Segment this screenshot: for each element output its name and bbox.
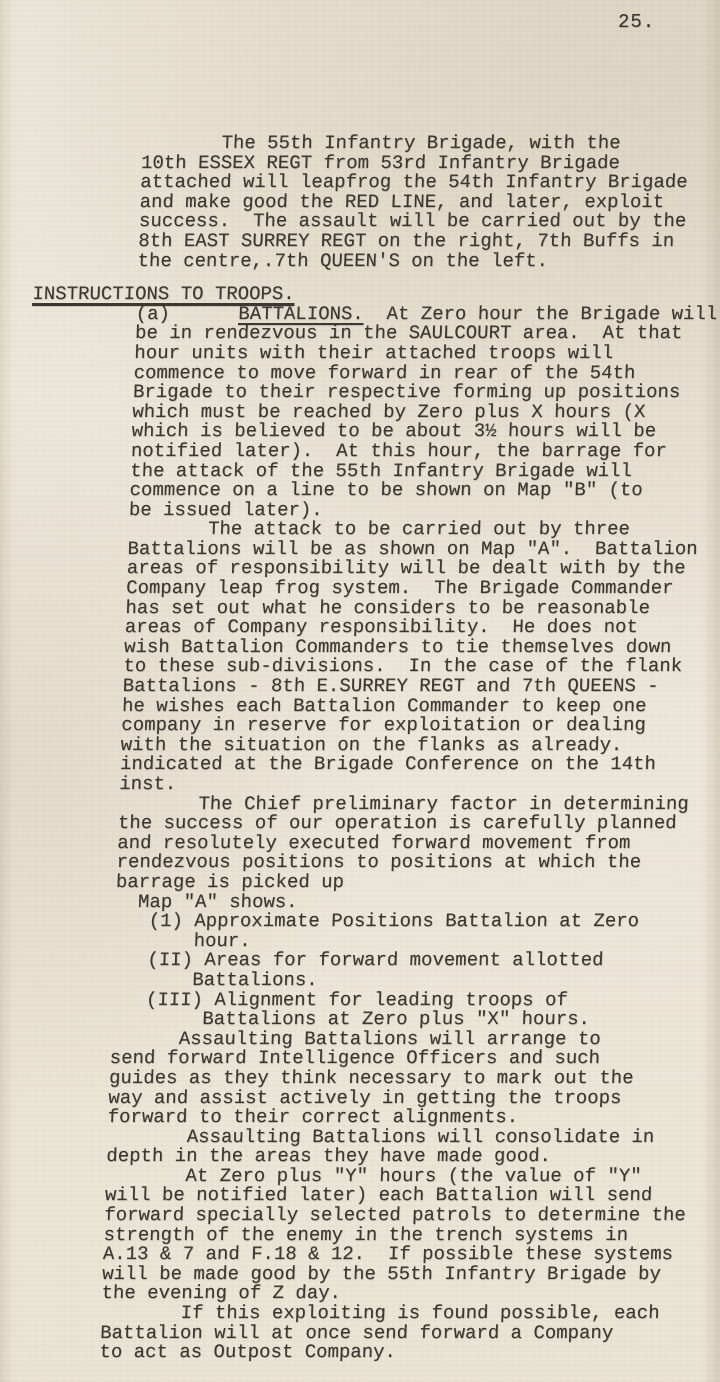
text-line: Battalions. <box>112 971 691 991</box>
text-line: commence on a line to be shown on Map "B… <box>129 481 708 501</box>
para-chief-preliminary-factor: The Chief preliminary factor in determin… <box>111 795 697 1030</box>
text-line: forward specially selected patrols to de… <box>104 1206 683 1226</box>
text-line: 8th EAST SURREY REGT on the right, 7th B… <box>138 232 717 252</box>
para-assaulting-intelligence: Assaulting Battalions will arrange tosen… <box>107 1030 688 1128</box>
text-line: Battalions - 8th E.SURREY REGT and 7th Q… <box>122 677 701 697</box>
text-line: depth in the areas they have made good. <box>106 1147 685 1167</box>
para-brigade-intro: The 55th Infantry Brigade, with the10th … <box>137 134 720 271</box>
text-line: barrage is picked up <box>116 873 695 893</box>
text-line: forward to their correct alignments. <box>107 1108 686 1128</box>
para-zero-plus-y: At Zero plus "Y" hours (the value of "Y"… <box>101 1167 684 1304</box>
text-line: send forward Intelligence Officers and s… <box>109 1049 688 1069</box>
para-battalions: (a) BATTALIONS. At Zero hour the Brigade… <box>129 305 715 521</box>
text-line: company in reserve for exploitation or d… <box>121 716 700 736</box>
text-line: indicated at the Brigade Conference on t… <box>120 755 699 775</box>
text-line: inst. <box>119 775 698 795</box>
para-attack-three-battalions: The attack to be carried out by threeBat… <box>119 520 707 794</box>
para-assaulting-consolidate: Assaulting Battalions will consolidate i… <box>106 1128 685 1167</box>
document-page: 25. The 55th Infantry Brigade, with the1… <box>0 0 720 1382</box>
text-line: be in rendezvous in the SAULCOURT area. … <box>135 324 714 344</box>
text-line: to act as Outpost Company. <box>99 1343 678 1363</box>
text-line: Battalions at Zero plus "X" hours. <box>111 1010 690 1030</box>
text-line: guides as they think necessary to mark o… <box>109 1069 688 1089</box>
text-line: (II) Areas for forward movement allotted <box>113 951 692 971</box>
page-number: 25. <box>618 12 655 32</box>
text-line: (1) Approximate Positions Battalion at Z… <box>114 912 693 932</box>
document-body: The 55th Infantry Brigade, with the10th … <box>0 134 720 1363</box>
text-line: If this exploiting is found possible, ea… <box>100 1304 679 1324</box>
text-line: Company leap frog system. The Brigade Co… <box>126 579 705 599</box>
text-line: hour units with their attached troops wi… <box>134 344 713 364</box>
text-line: which is believed to be about 3½ hours w… <box>131 422 710 442</box>
text-line: areas of Company responsibility. He does… <box>124 618 703 638</box>
text-line: attached will leapfrog the 54th Infantry… <box>140 173 719 193</box>
text-line: the centre,.7th QUEEN'S on the left. <box>137 252 716 272</box>
text-line: A.13 & 7 and F.18 & 12. If possible thes… <box>103 1245 682 1265</box>
text-line: notified later). At this hour, the barra… <box>131 442 710 462</box>
text-line: the success of our operation is carefull… <box>118 814 697 834</box>
text-line: The 55th Infantry Brigade, with the <box>141 134 720 154</box>
text-line: Brigade to their respective forming up p… <box>133 383 712 403</box>
text-line: The attack to be carried out by three <box>128 520 707 540</box>
para-outpost-company: If this exploiting is found possible, ea… <box>99 1304 679 1363</box>
